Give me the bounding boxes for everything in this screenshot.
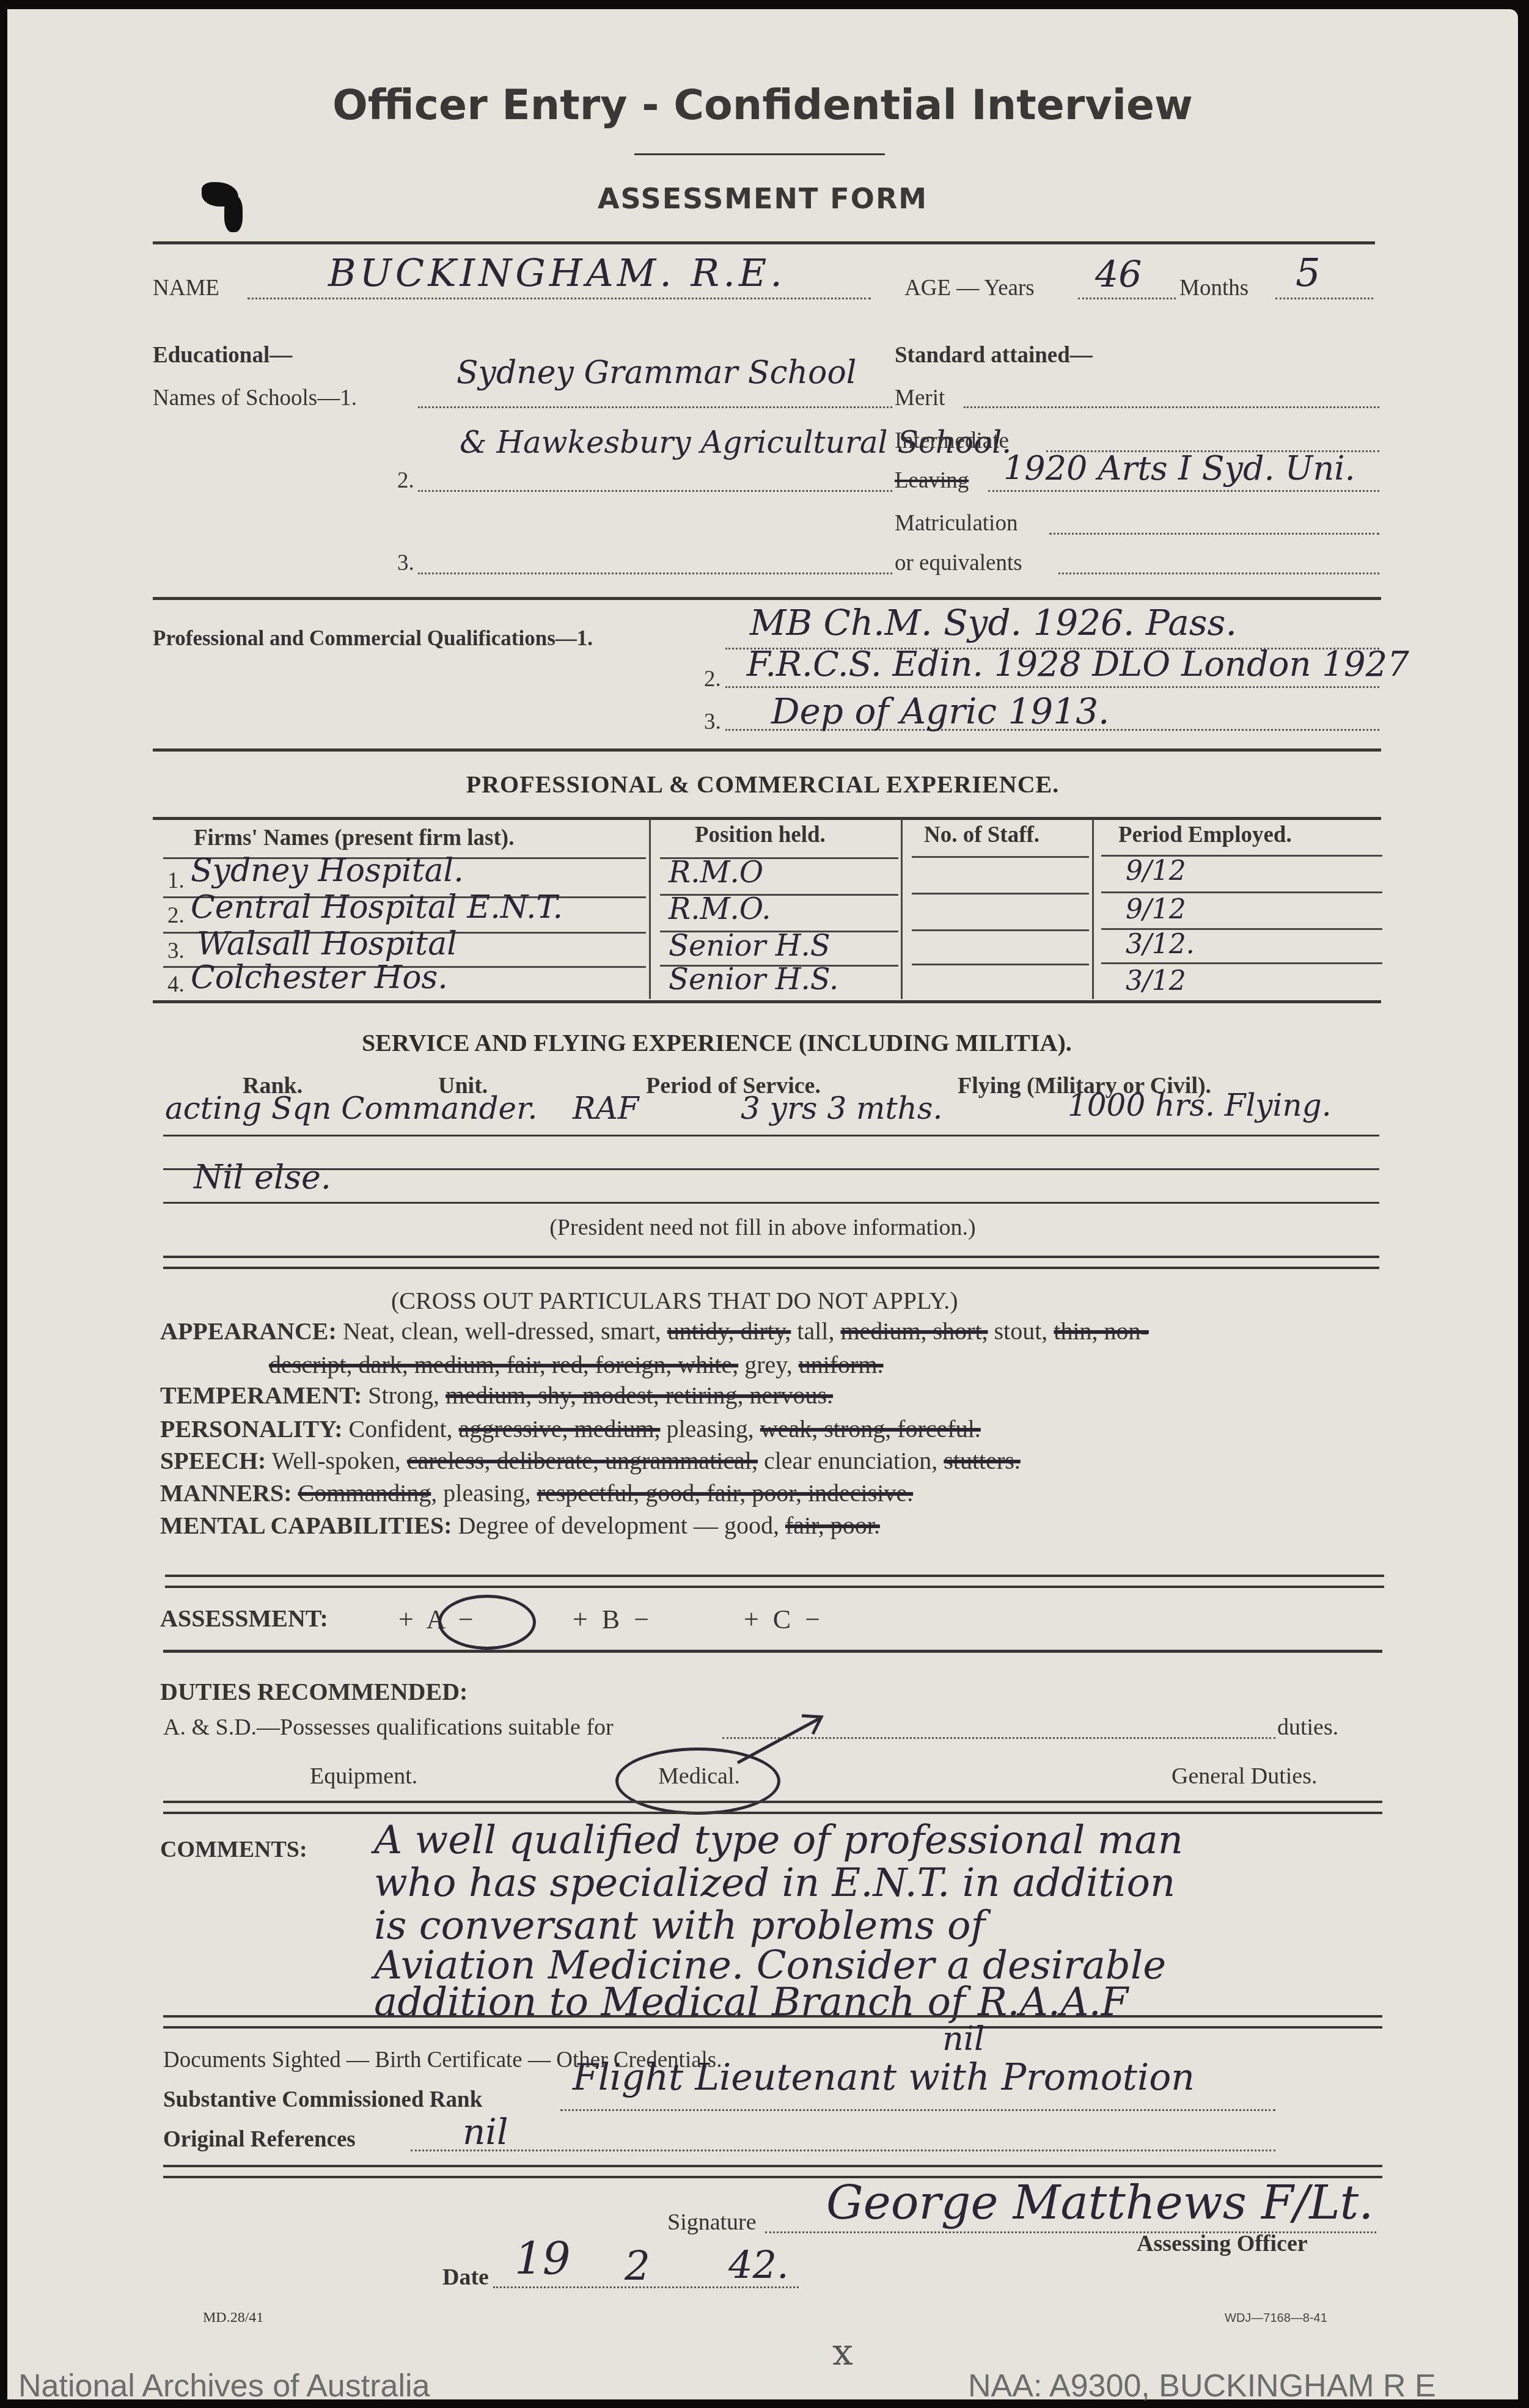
row-2-period[interactable]: 9/12	[1126, 894, 1186, 925]
qualification-2-line	[725, 686, 1379, 688]
duties-divider	[163, 1801, 1382, 1814]
qualification-3-num: 3.	[704, 709, 721, 735]
particulars-appearance: APPEARANCE: Neat, clean, well-dressed, s…	[160, 1317, 1149, 1345]
assessment-selection-circle	[438, 1595, 536, 1650]
row-4-period[interactable]: 3/12	[1126, 965, 1186, 997]
experience-table-top	[153, 817, 1381, 820]
assessment-divider	[163, 1650, 1382, 1653]
particulars-speech: SPEECH: Well-spoken, careless, deliberat…	[160, 1446, 1021, 1475]
kept-option: pleasing,	[661, 1415, 760, 1443]
assessment-grade-c[interactable]: + C −	[744, 1604, 820, 1635]
temperament-label: TEMPERAMENT:	[160, 1381, 362, 1409]
comment-line-2[interactable]: who has specialized in E.N.T. in additio…	[374, 1861, 1175, 1906]
school-2-num: 2.	[397, 467, 414, 494]
merit-line	[964, 406, 1379, 408]
row-1-num: 1.	[167, 868, 185, 894]
row-line	[912, 893, 1089, 895]
archive-credit-right: NAA: A9300, BUCKINGHAM R E	[968, 2368, 1436, 2404]
documents-field[interactable]: nil	[942, 2019, 985, 2058]
rank-field[interactable]: Flight Lieutenant with Promotion	[573, 2056, 1195, 2099]
struck-option: aggressive, medium,	[459, 1415, 661, 1443]
col-divider	[901, 819, 903, 999]
age-years-field[interactable]: 46	[1095, 254, 1142, 296]
name-field[interactable]: BUCKINGHAM. R.E.	[328, 251, 786, 295]
col-header-firm: Firms' Names (present firm last).	[194, 825, 514, 851]
qualifications-label: Professional and Commercial Qualificatio…	[153, 626, 593, 651]
row-line	[912, 929, 1089, 931]
kept-option: Well-spoken,	[272, 1447, 407, 1474]
date-label: Date	[442, 2264, 489, 2291]
equivalents-line	[1058, 573, 1379, 574]
kept-option: Degree of development — good,	[458, 1512, 785, 1539]
row-1-period[interactable]: 9/12	[1126, 855, 1186, 887]
leaving-line	[988, 490, 1379, 492]
arrow-icon	[735, 1711, 857, 1766]
row-line	[912, 964, 1089, 965]
experience-table-bottom	[153, 1000, 1381, 1003]
row-2-num: 2.	[167, 902, 185, 929]
president-note: (President need not fill in above inform…	[7, 1214, 1518, 1241]
row-2-position[interactable]: R.M.O.	[669, 892, 771, 926]
service-row-2-field[interactable]: Nil else.	[194, 1158, 331, 1196]
school-1-line	[418, 406, 892, 408]
school-3-num: 3.	[397, 550, 414, 576]
struck-option: careless, deliberate, ungrammatical,	[407, 1447, 758, 1474]
manners-label: MANNERS:	[160, 1479, 292, 1507]
asd-suffix: duties.	[1277, 1714, 1338, 1741]
kept-option: grey,	[738, 1351, 798, 1378]
duty-option-equipment[interactable]: Equipment.	[310, 1763, 417, 1790]
age-months-label: Months	[1179, 275, 1248, 301]
mental-options: Degree of development — good, fair, poor…	[458, 1512, 880, 1539]
date-day-field[interactable]: 19	[515, 2233, 571, 2285]
standard-merit-label: Merit	[895, 385, 945, 411]
references-line	[411, 2150, 1275, 2151]
service-period-field[interactable]: 3 yrs 3 mths.	[741, 1091, 942, 1126]
service-unit-field[interactable]: RAF	[573, 1091, 639, 1126]
row-1-position[interactable]: R.M.O	[669, 855, 763, 890]
form-code-right: WDJ—7168—8-41	[1225, 2311, 1327, 2326]
struck-option: medium, short,	[840, 1317, 988, 1345]
leaving-field[interactable]: 1920 Arts I Syd. Uni.	[1003, 449, 1355, 488]
standard-equivalents-label: or equivalents	[895, 550, 1022, 576]
name-line	[248, 298, 871, 299]
qualification-2-field[interactable]: F.R.C.S. Edin. 1928 DLO London 1927	[747, 645, 1409, 684]
service-line-1	[163, 1135, 1379, 1136]
appearance-options-cont: descript, dark, medium, fair, red, forei…	[269, 1351, 884, 1378]
rank-line	[560, 2109, 1275, 2111]
schools-label: Names of Schools—1.	[153, 385, 357, 411]
qualification-1-field[interactable]: MB Ch.M. Syd. 1926. Pass.	[750, 602, 1237, 643]
comment-line-3[interactable]: is conversant with problems of	[374, 1903, 985, 1949]
duty-option-general[interactable]: General Duties.	[1171, 1763, 1317, 1790]
header-divider	[153, 241, 1375, 244]
kept-option: Neat, clean, well-dressed, smart,	[343, 1317, 667, 1345]
age-months-field[interactable]: 5	[1296, 251, 1321, 296]
service-rank-field[interactable]: acting Sqn Commander.	[165, 1091, 537, 1126]
col-header-period: Period Employed.	[1118, 822, 1292, 848]
standard-intermediate-label: Intermediate	[895, 428, 1009, 454]
speech-label: SPEECH:	[160, 1447, 266, 1474]
references-label: Original References	[163, 2126, 356, 2153]
duties-heading: DUTIES RECOMMENDED:	[160, 1677, 468, 1706]
appearance-label: APPEARANCE:	[160, 1317, 337, 1345]
row-3-firm[interactable]: Walsall Hospital	[197, 926, 457, 962]
archive-credit-left: National Archives of Australia	[18, 2368, 430, 2404]
assessment-grade-b[interactable]: + B −	[573, 1604, 649, 1635]
experience-heading: PROFESSIONAL & COMMERCIAL EXPERIENCE.	[7, 770, 1518, 799]
kept-option: Confident,	[349, 1415, 459, 1443]
age-years-line	[1078, 298, 1176, 299]
struck-option: untidy, dirty,	[667, 1317, 791, 1345]
manners-options: Commanding, pleasing, respectful, good, …	[298, 1479, 914, 1507]
asd-label: A. & S.D.—Possesses qualifications suita…	[163, 1714, 614, 1741]
row-3-period[interactable]: 3/12.	[1126, 929, 1195, 960]
row-3-position[interactable]: Senior H.S	[669, 929, 831, 963]
date-month-field[interactable]: 2	[625, 2242, 650, 2289]
struck-option: Commanding	[298, 1479, 431, 1507]
personality-options: Confident, aggressive, medium, pleasing,…	[349, 1415, 981, 1443]
form-code-left: MD.28/41	[203, 2310, 263, 2326]
row-2-firm[interactable]: Central Hospital E.N.T.	[191, 889, 563, 926]
age-years-label: AGE — Years	[904, 275, 1035, 301]
row-line	[912, 856, 1089, 858]
col-header-position: Position held.	[695, 822, 826, 848]
kept-option: tall,	[791, 1317, 840, 1345]
particulars-heading: (CROSS OUT PARTICULARS THAT DO NOT APPLY…	[391, 1286, 958, 1315]
struck-option: descript, dark, medium, fair, red, forei…	[269, 1351, 738, 1378]
row-line	[1101, 891, 1382, 893]
comments-divider	[163, 2015, 1382, 2029]
personality-label: PERSONALITY:	[160, 1415, 343, 1443]
pencil-mark: x	[832, 2331, 853, 2374]
service-line-3	[163, 1202, 1379, 1204]
references-field[interactable]: nil	[463, 2111, 508, 2153]
struck-option: weak, strong, forceful.	[760, 1415, 981, 1443]
mental-label: MENTAL CAPABILITIES:	[160, 1512, 452, 1539]
particulars-personality: PERSONALITY: Confident, aggressive, medi…	[160, 1414, 981, 1443]
col-divider	[649, 819, 651, 999]
service-flying-field[interactable]: 1000 hrs. Flying.	[1068, 1088, 1332, 1123]
kept-option: , pleasing,	[431, 1479, 537, 1507]
col-divider	[1092, 819, 1094, 999]
row-4-firm[interactable]: Colchester Hos.	[191, 959, 448, 996]
school-2-line	[418, 490, 892, 492]
service-heading: SERVICE AND FLYING EXPERIENCE (INCLUDING…	[362, 1028, 1072, 1057]
qualification-2-num: 2.	[704, 666, 721, 692]
comment-line-1[interactable]: A well qualified type of professional ma…	[374, 1818, 1183, 1863]
struck-option: medium, shy, modest, retiring, nervous.	[446, 1381, 833, 1409]
educational-heading: Educational—	[153, 342, 292, 368]
col-header-staff: No. of Staff.	[924, 822, 1039, 848]
appearance-options: Neat, clean, well-dressed, smart, untidy…	[343, 1317, 1149, 1345]
matriculation-line	[1049, 533, 1379, 535]
form-title: Officer Entry - Confidential Interview	[7, 81, 1518, 130]
struck-option: uniform.	[799, 1351, 884, 1378]
row-1-firm[interactable]: Sydney Hospital.	[191, 852, 464, 889]
temperament-options: Strong, medium, shy, modest, retiring, n…	[368, 1381, 833, 1409]
comments-label: COMMENTS:	[160, 1836, 307, 1863]
assessing-officer-label: Assessing Officer	[1137, 2230, 1308, 2257]
signature-label: Signature	[667, 2209, 757, 2236]
name-label: NAME	[153, 275, 219, 301]
struck-option: fair, poor.	[785, 1512, 880, 1539]
row-3-num: 3.	[167, 938, 185, 964]
date-year-field[interactable]: 42.	[728, 2242, 789, 2287]
row-4-num: 4.	[167, 972, 185, 998]
row-line	[1101, 962, 1382, 964]
particulars-divider	[165, 1575, 1384, 1588]
educational-divider	[153, 597, 1381, 600]
standard-leaving-label: Leaving	[895, 467, 969, 494]
title-underline	[634, 153, 885, 155]
form-subtitle: ASSESSMENT FORM	[7, 182, 1518, 215]
school-3-line	[418, 573, 892, 574]
kept-option: Strong,	[368, 1381, 446, 1409]
struck-option: thin, non-	[1054, 1317, 1149, 1345]
particulars-manners: MANNERS: Commanding, pleasing, respectfu…	[160, 1479, 913, 1507]
row-4-position[interactable]: Senior H.S.	[669, 962, 838, 997]
kept-option: clear enunciation,	[758, 1447, 944, 1474]
qualification-3-field[interactable]: Dep of Agric 1913.	[771, 690, 1109, 732]
speech-options: Well-spoken, careless, deliberate, ungra…	[272, 1447, 1021, 1474]
standard-heading: Standard attained—	[895, 342, 1093, 368]
assessment-label: ASSESSMENT:	[160, 1604, 328, 1633]
service-line-2	[163, 1168, 1379, 1170]
qualifications-divider	[153, 748, 1381, 752]
rank-label: Substantive Commissioned Rank	[163, 2087, 482, 2113]
struck-option: respectful, good, fair, poor, indecisive…	[537, 1479, 914, 1507]
service-divider	[163, 1256, 1379, 1269]
school-1-field[interactable]: Sydney Grammar School	[457, 354, 856, 391]
signature-field[interactable]: George Matthews F/Lt.	[826, 2175, 1373, 2230]
particulars-appearance-cont: descript, dark, medium, fair, red, forei…	[269, 1350, 884, 1379]
scanned-form-page: Officer Entry - Confidential Interview A…	[7, 9, 1518, 2399]
struck-option: stutters.	[944, 1447, 1021, 1474]
standard-matriculation-label: Matriculation	[895, 510, 1018, 536]
particulars-mental: MENTAL CAPABILITIES: Degree of developme…	[160, 1511, 880, 1540]
age-months-line	[1275, 298, 1373, 299]
particulars-temperament: TEMPERAMENT: Strong, medium, shy, modest…	[160, 1381, 833, 1410]
kept-option: stout,	[988, 1317, 1054, 1345]
